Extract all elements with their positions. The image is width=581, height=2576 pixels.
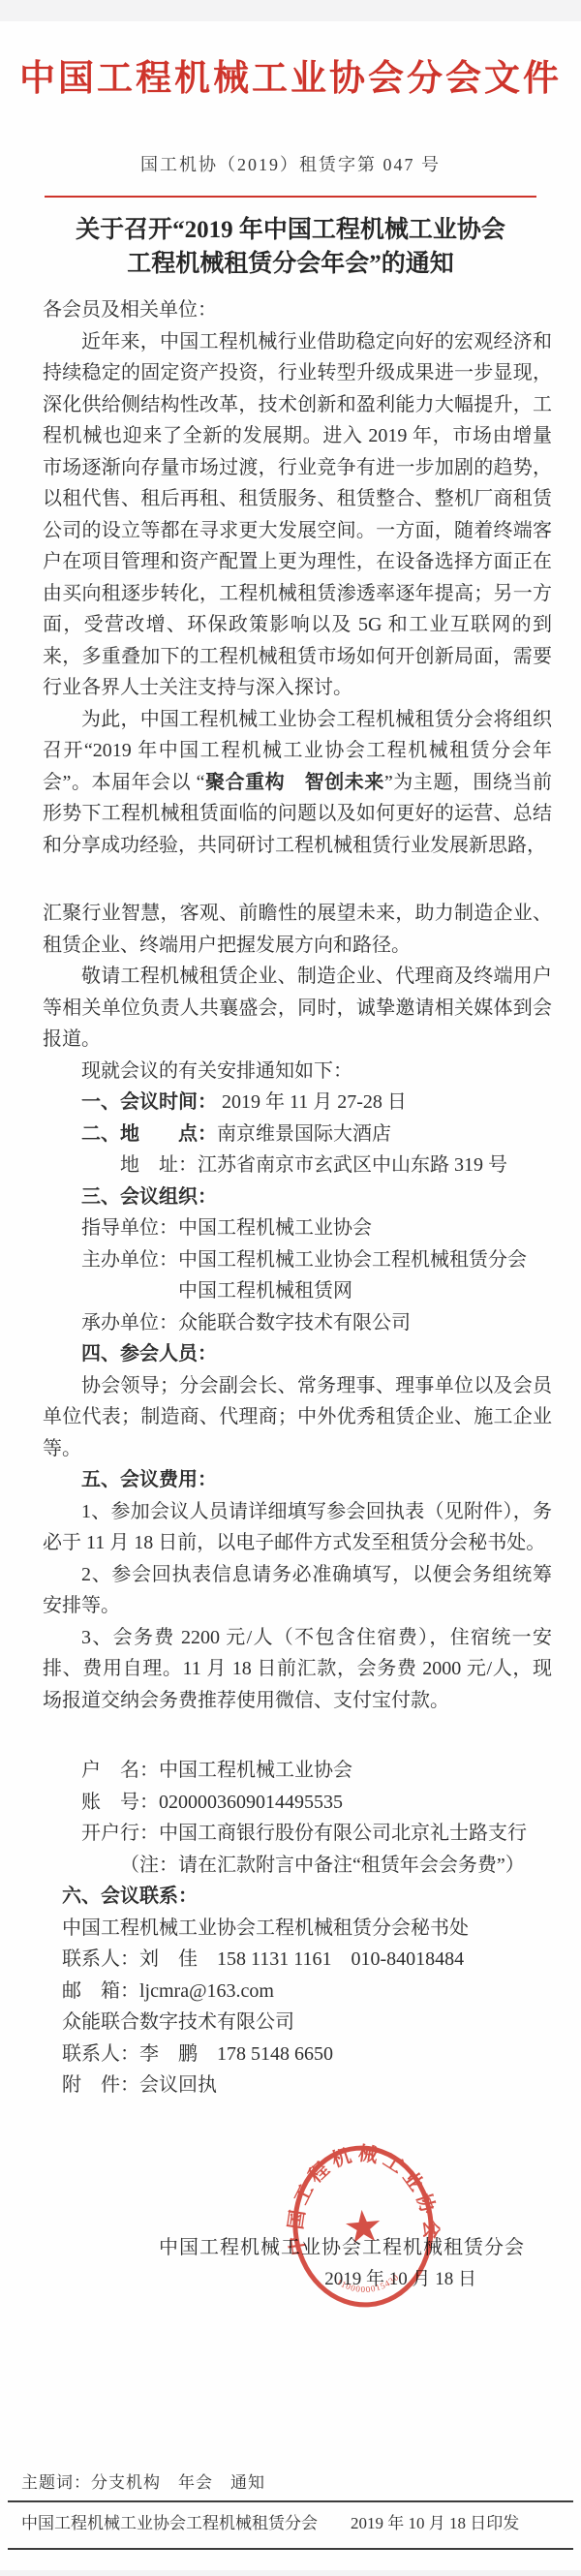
seal-star-icon: ★	[341, 2200, 385, 2253]
org-host-unit-2: 中国工程机械租赁网	[43, 1275, 552, 1307]
org-guide-unit: 指导单位：中国工程机械工业协会	[43, 1212, 552, 1244]
section-fees-label: 五、会议费用：	[81, 1469, 217, 1490]
venue-address: 地 址：江苏省南京市玄武区中山东路 319 号	[43, 1150, 552, 1181]
footer-keywords: 主题词：分支机构 年会 通知	[21, 2469, 581, 2493]
bank-account-name: 户 名：中国工程机械工业协会	[43, 1755, 552, 1787]
attendees-text: 协会领导；分会副会长、常务理事、理事单位以及会员单位代表；制造商、代理商；中外优…	[43, 1370, 552, 1465]
org-undertaker-unit: 承办单位：众能联合数字技术有限公司	[43, 1307, 552, 1339]
doc-title: 关于召开“2019 年中国工程机械工业协会 工程机械租赁分会年会”的通知	[39, 213, 542, 281]
fee-item-2: 2、参会回执表信息请务必准确填写，以便会务组统筹安排等。	[43, 1559, 552, 1622]
footer-issuer: 中国工程机械工业协会工程机械租赁分会	[21, 2509, 318, 2533]
section-meeting-time: 一、会议时间： 2019 年 11 月 27-28 日	[43, 1087, 552, 1119]
scan-edge-strip-bottom	[0, 2570, 581, 2576]
section-venue-value: 南京维景国际大酒店	[217, 1123, 391, 1145]
paragraph-announcement-continued: 汇聚行业智慧，客观、前瞻性的展望未来，助力制造企业、租赁企业、终端用户把握发展方…	[43, 898, 552, 961]
footer-issuer-row: 中国工程机械工业协会工程机械租赁分会 2019 年 10 月 18 日印发	[0, 2502, 581, 2540]
section-organization-label: 三、会议组织：	[81, 1186, 217, 1208]
doc-title-line2: 工程机械租赁分会年会”的通知	[39, 247, 542, 281]
paragraph-announcement: 为此，中国工程机械工业协会工程机械租赁分会将组织召开“2019 年中国工程机械工…	[43, 704, 552, 862]
section-meeting-time-label: 一、会议时间：	[81, 1091, 217, 1113]
salutation: 各会员及相关单位：	[43, 294, 552, 326]
paragraph-industry-overview: 近年来，中国工程机械行业借助稳定向好的宏观经济和持续稳定的固定资产投资，行业转型…	[43, 326, 552, 704]
section-attendees-label: 四、参会人员：	[81, 1343, 217, 1365]
seal-code: 1100000015430	[334, 2272, 402, 2297]
bank-remittance-note: （注：请在汇款附言中备注“租赁年会会务费”）	[43, 1850, 552, 1882]
section-attendees: 四、参会人员：	[43, 1338, 552, 1370]
doc-body: 各会员及相关单位： 近年来，中国工程机械行业借助稳定向好的宏观经济和持续稳定的固…	[43, 294, 552, 2101]
section-venue: 二、地 点：南京维景国际大酒店	[43, 1119, 552, 1150]
contact-email: 邮 箱：ljcmra@163.com	[43, 1976, 552, 2008]
paragraph-invitation: 敬请工程机械租赁企业、制造企业、代理商及终端用户等相关单位负责人共襄盛会，同时，…	[43, 961, 552, 1056]
section-fees: 五、会议费用：	[43, 1464, 552, 1496]
doc-title-line1: 关于召开“2019 年中国工程机械工业协会	[39, 213, 542, 247]
org-host-unit: 主办单位：中国工程机械工业协会工程机械租赁分会	[43, 1244, 552, 1276]
red-divider	[45, 196, 536, 198]
section-meeting-time-value: 2019 年 11 月 27-28 日	[217, 1091, 407, 1113]
footer-print-date: 2019 年 10 月 18 日印发	[351, 2509, 519, 2533]
contact-person-1: 联系人：刘 佳 158 1131 1161 010-84018484	[43, 1944, 552, 1976]
footer-rule-bottom	[8, 2548, 573, 2550]
section-venue-label: 二、地 点：	[81, 1123, 217, 1145]
org-banner: 中国工程机械工业协会分会文件	[0, 48, 581, 101]
conference-theme: 聚合重构 智创未来	[205, 772, 384, 793]
doc-footer: 主题词：分支机构 年会 通知 中国工程机械工业协会工程机械租赁分会 2019 年…	[0, 2469, 581, 2550]
section-contact-label: 六、会议联系：	[62, 1886, 198, 1907]
scan-edge-strip-top	[0, 0, 581, 21]
official-seal: 中国工程机械工业协会 ★ 1100000015430	[279, 2131, 446, 2320]
contact-company: 众能联合数字技术有限公司	[43, 2007, 552, 2039]
bank-account-number: 账 号：0200003609014495535	[43, 1787, 552, 1819]
svg-text:1100000015430: 1100000015430	[334, 2272, 402, 2297]
section-contact: 六、会议联系：	[43, 1881, 552, 1913]
doc-number: 国工机协（2019）租赁字第 047 号	[0, 151, 581, 176]
document-page: 中国工程机械工业协会分会文件 国工机协（2019）租赁字第 047 号 关于召开…	[0, 0, 581, 2576]
section-organization: 三、会议组织：	[43, 1181, 552, 1213]
bank-branch: 开户行：中国工商银行股份有限公司北京礼士路支行	[43, 1818, 552, 1850]
contact-person-2: 联系人：李 鹏 178 5148 6650	[43, 2039, 552, 2070]
attachment-note: 附 件：会议回执	[43, 2070, 552, 2101]
fee-item-3: 3、会务费 2200 元/人（不包含住宿费），住宿统一安排、费用自理。11 月 …	[43, 1622, 552, 1717]
paragraph-arrangement-intro: 现就会议的有关安排通知如下：	[43, 1056, 552, 1088]
contact-secretariat: 中国工程机械工业协会工程机械租赁分会秘书处	[43, 1913, 552, 1945]
fee-item-1: 1、参加会议人员请详细填写参会回执表（见附件），务必于 11 月 18 日前，以…	[43, 1496, 552, 1559]
